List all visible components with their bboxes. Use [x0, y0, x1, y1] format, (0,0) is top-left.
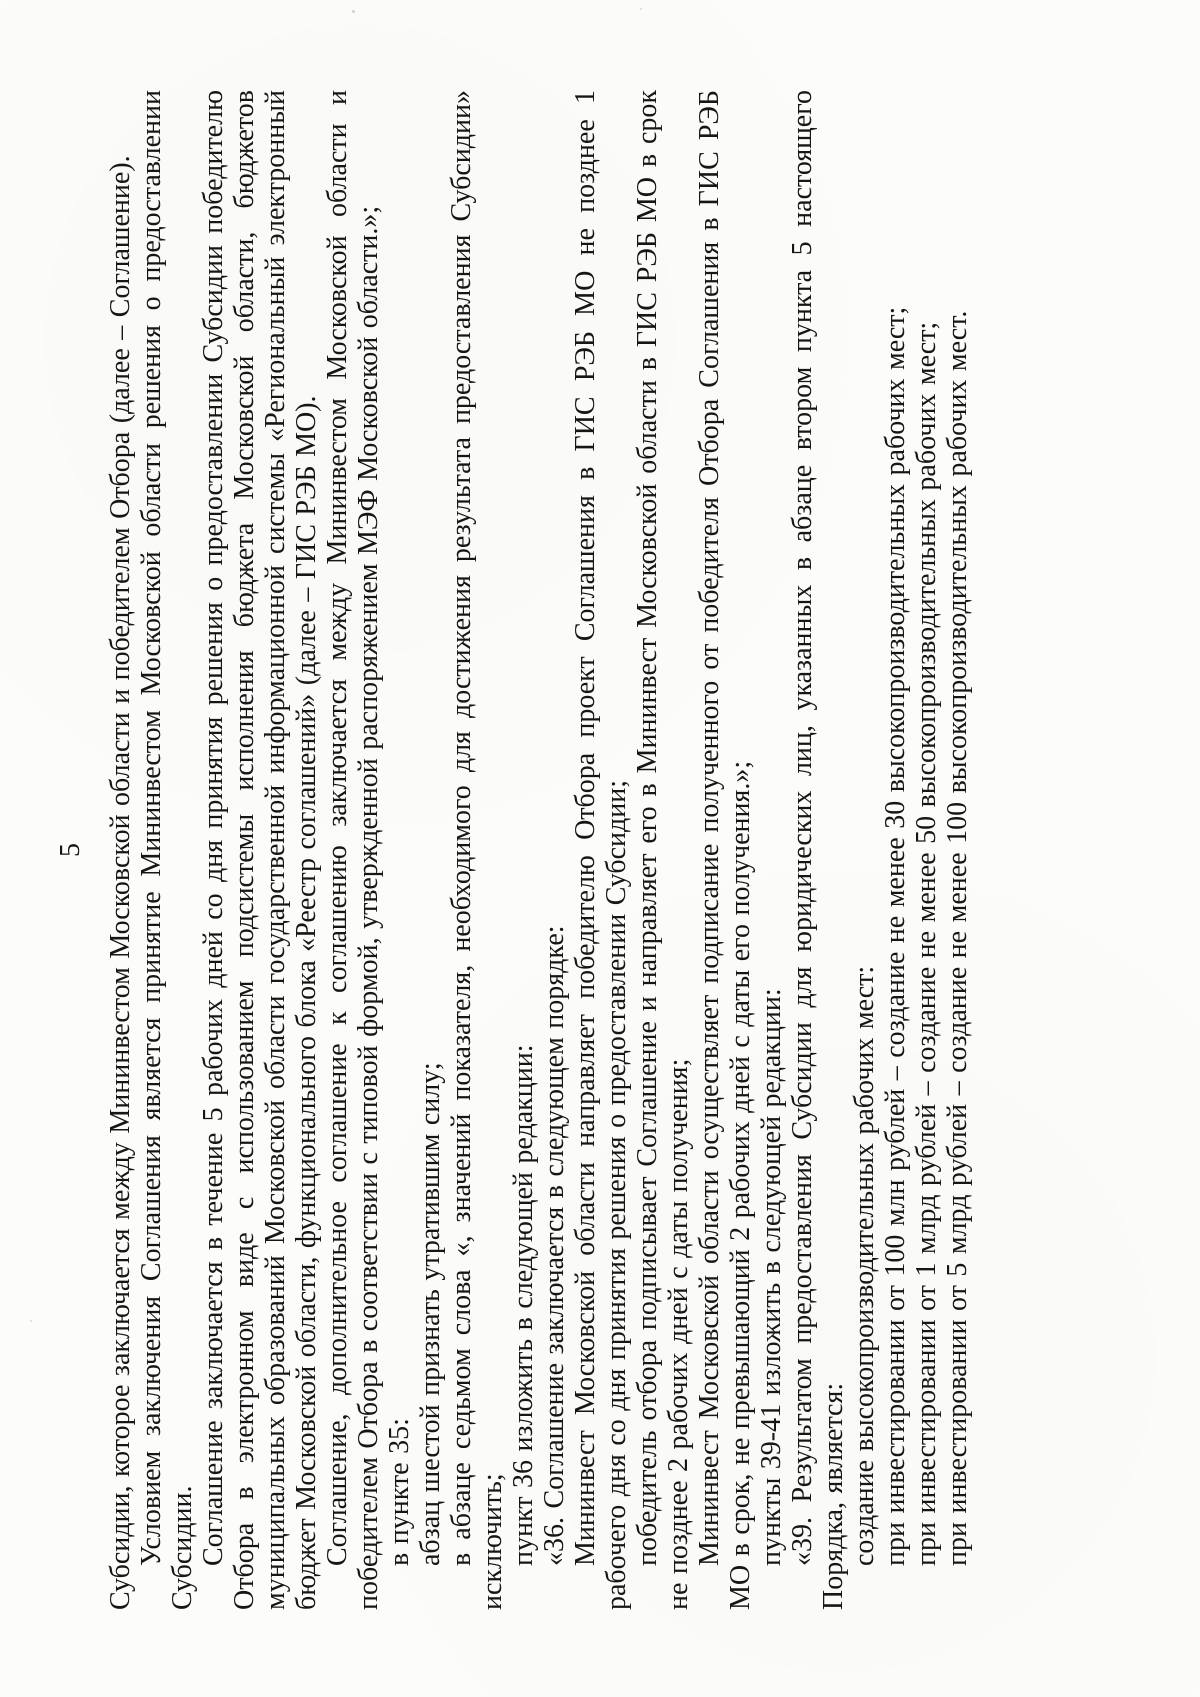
page-number-row: 5	[55, 90, 86, 1610]
page-number: 5	[55, 843, 86, 857]
rotated-text-block: 5 Субсидии, которое заключается между Ми…	[55, 90, 1005, 1610]
paragraph: Мининвест Московской области направляет …	[570, 90, 632, 1610]
paragraph: Мининвест Московской области осуществляе…	[694, 90, 756, 1610]
paragraph: создание высокопроизводительных рабочих …	[849, 90, 880, 1610]
paragraph: Условием заключения Соглашения является …	[136, 90, 198, 1610]
paragraph: Соглашение заключается в течение 5 рабоч…	[198, 90, 322, 1610]
paragraph: пункт 36 изложить в следующей редакции:	[508, 90, 539, 1610]
paragraph: абзац шестой признать утратившим силу;	[415, 90, 446, 1610]
paragraph: в пункте 35:	[384, 90, 415, 1610]
paragraph: при инвестировании от 100 млн рублей – с…	[880, 90, 911, 1610]
paragraph: Субсидии, которое заключается между Мини…	[105, 90, 136, 1610]
paragraph: победитель отбора подписывает Соглашение…	[632, 90, 694, 1610]
scan-artifact-speck	[352, 10, 355, 13]
paragraph: при инвестировании от 5 млрд рублей – со…	[942, 90, 973, 1610]
paragraph: «36. Соглашение заключается в следующем …	[539, 90, 570, 1610]
scan-artifact-speck	[640, 8, 642, 10]
paragraph: при инвестировании от 1 млрд рублей – со…	[911, 90, 942, 1610]
paragraph: «39. Результатом предоставления Субсидии…	[787, 90, 849, 1610]
paragraph: пункты 39-41 изложить в следующей редакц…	[756, 90, 787, 1610]
paragraph: Соглашение, дополнительное соглашение к …	[322, 90, 384, 1610]
paragraph: в абзаце седьмом слова «, значений показ…	[446, 90, 508, 1610]
scanned-document-page: 5 Субсидии, которое заключается между Ми…	[0, 0, 1200, 1697]
scan-artifact-speck	[30, 1320, 32, 1322]
